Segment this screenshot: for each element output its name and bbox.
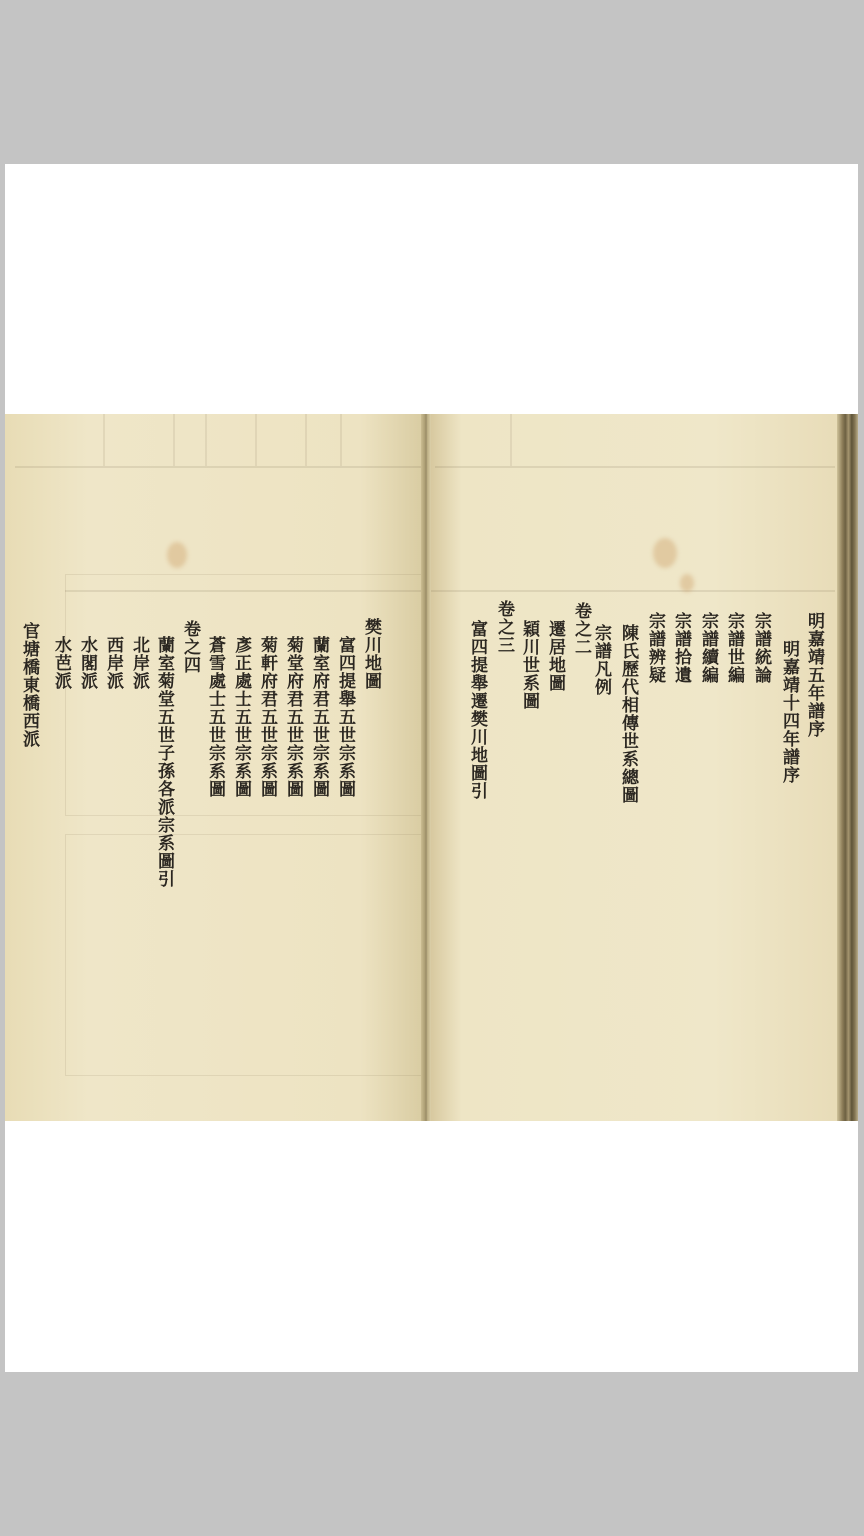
toc-entry: 蘭室菊堂五世子孫各派宗系圖引 xyxy=(154,636,174,888)
toc-entry: 菊軒府君五世宗系圖 xyxy=(257,636,277,798)
stain xyxy=(167,542,187,568)
ghost-line xyxy=(510,414,512,466)
toc-entry: 宗譜統論 xyxy=(751,612,771,684)
volume-heading: 卷之二 xyxy=(571,602,591,656)
toc-entry: 富四提舉五世宗系圖 xyxy=(335,636,355,798)
toc-entry: 西岸派 xyxy=(103,636,123,690)
ghost-line xyxy=(205,414,207,466)
ghost-line xyxy=(173,414,175,466)
toc-entry: 陳氏歷代相傳世系總圖 xyxy=(618,624,638,804)
book-edge xyxy=(837,414,858,1121)
toc-entry: 宗譜拾遺 xyxy=(671,612,691,684)
toc-entry: 宗譜續編 xyxy=(698,612,718,684)
toc-entry: 明嘉靖十四年譜序 xyxy=(779,640,799,784)
ghost-rule xyxy=(435,466,835,468)
stain xyxy=(680,574,694,592)
ghost-line xyxy=(255,414,257,466)
ghost-line xyxy=(103,414,105,466)
stain xyxy=(653,538,677,568)
book-gutter xyxy=(421,414,431,1121)
toc-entry: 宗譜辨疑 xyxy=(645,612,665,684)
toc-entry: 遷居地圖 xyxy=(545,620,565,692)
ghost-rule xyxy=(65,590,835,592)
toc-entry: 穎川世系圖 xyxy=(519,620,539,710)
ghost-frame xyxy=(65,834,427,1076)
toc-entry: 菊堂府君五世宗系圖 xyxy=(283,636,303,798)
toc-entry: 水閣派 xyxy=(77,636,97,690)
toc-entry: 蘭室府君五世宗系圖 xyxy=(309,636,329,798)
toc-entry: 蒼雪處士五世宗系圖 xyxy=(205,636,225,798)
toc-entry: 樊川地圖 xyxy=(361,618,381,690)
ghost-rule xyxy=(15,466,425,468)
toc-entry: 富四提舉遷樊川地圖引 xyxy=(467,620,487,800)
toc-entry: 宗譜世編 xyxy=(724,612,744,684)
toc-entry: 彥正處士五世宗系圖 xyxy=(231,636,251,798)
volume-heading: 卷之四 xyxy=(180,620,200,674)
toc-entry: 明嘉靖五年譜序 xyxy=(804,612,824,738)
toc-entry: 宗譜凡例 xyxy=(591,624,611,696)
ghost-line xyxy=(340,414,342,466)
ghost-line xyxy=(305,414,307,466)
toc-entry: 水芭派 xyxy=(51,636,71,690)
toc-entry: 官塘橋東橋西派 xyxy=(19,622,39,748)
scanned-page-spread: 明嘉靖五年譜序 明嘉靖十四年譜序 宗譜統論 宗譜世編 宗譜續編 宗譜拾遺 宗譜辨… xyxy=(5,414,858,1121)
volume-heading: 卷之三 xyxy=(494,600,514,654)
toc-entry: 北岸派 xyxy=(129,636,149,690)
